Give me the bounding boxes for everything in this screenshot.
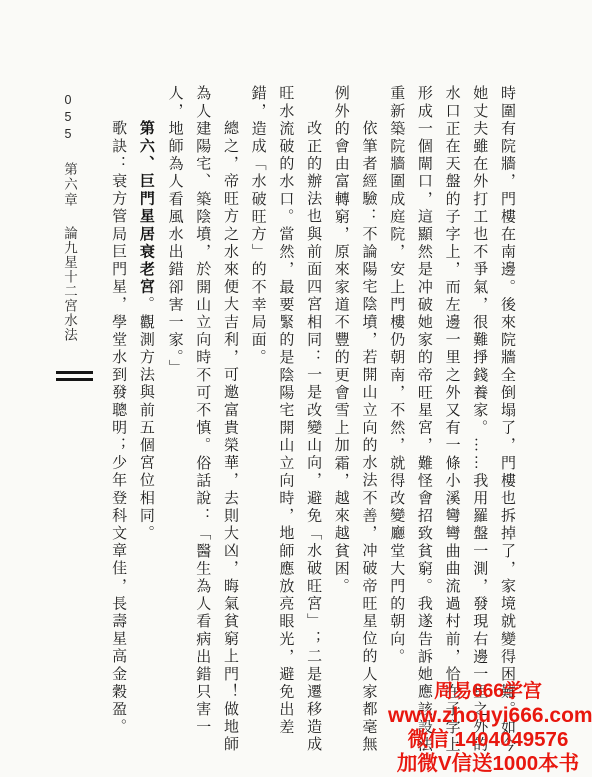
page-number: 055 [61, 93, 75, 144]
chapter-label: 第六章 [59, 162, 79, 208]
body-text: 時圍有院牆，門樓在南邊。後來院牆全倒塌了，門樓也拆掉了，家境就變得困難。如今她丈… [103, 85, 520, 758]
footer-double-rule [56, 371, 93, 381]
paragraph-4: 總之，帝旺方之水來便大吉利，可邀富貴榮華，去則大凶，晦氣貧窮上門！做地師為人建陽… [160, 85, 243, 758]
book-page: 時圍有院牆，門樓在南邊。後來院牆全倒塌了，門樓也拆掉了，家境就變得困難。如今她丈… [0, 0, 592, 777]
paragraph-3: 改正的辦法也與前面四宮相同：一是改變山向，避免「水破旺宮」；二是遷移造成旺水流破… [243, 85, 326, 758]
chapter-title: 論九星十二宮水法 [59, 226, 79, 342]
section-heading-rest: 。觀測方法與前五個宮位相同。 [138, 296, 154, 542]
verse-paragraph: 歌訣：衰方管局巨門星，學堂水到發聰明；少年登科文章佳，長壽星高金穀盈。 [103, 85, 131, 758]
section-heading: 第六、巨門星居衰老宮 [138, 120, 155, 296]
paragraph-1: 時圍有院牆，門樓在南邊。後來院牆全倒塌了，門樓也拆掉了，家境就變得困難。如今她丈… [381, 85, 520, 758]
paragraph-2: 依筆者經驗：不論陽宅陰墳，若開山立向的水法不善，冲破帝旺星位的人家都毫無例外的會… [326, 85, 381, 758]
section-heading-paragraph: 第六、巨門星居衰老宮。觀測方法與前五個宮位相同。 [131, 85, 160, 758]
